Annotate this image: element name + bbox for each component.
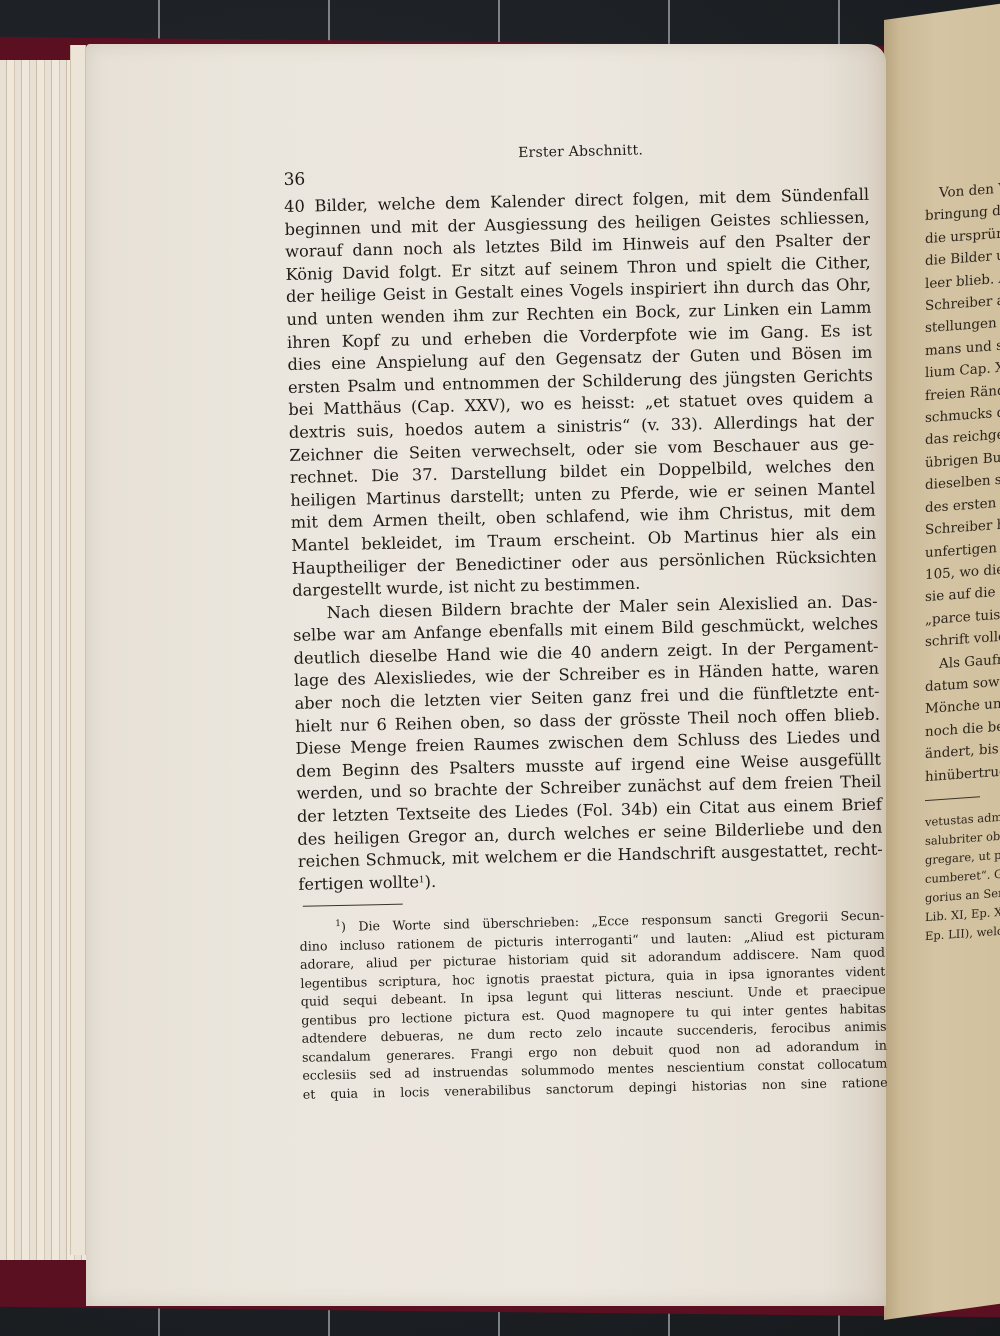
body-text: 40 Bilder, welche dem Kalender direct fo… bbox=[284, 184, 884, 897]
paragraph-2: Nach diesen Bildern brachte der Maler se… bbox=[292, 590, 883, 896]
facing-page-text: Von den V bringung des n die ursprünglic… bbox=[925, 177, 1000, 946]
text-fragment: fertigen wollte bbox=[298, 872, 419, 894]
paragraph-1: 40 Bilder, welche dem Kalender direct fo… bbox=[284, 184, 877, 603]
footnote: 1) Die Worte sind überschrieben: „Ecce r… bbox=[299, 907, 888, 1104]
text-fragment: ). bbox=[424, 872, 436, 891]
footnote-separator bbox=[303, 904, 403, 907]
facing-footnote-separator bbox=[925, 796, 980, 801]
page-content: Erster Abschnitt. 36 40 Bilder, welche d… bbox=[283, 138, 888, 1104]
page-stack-inner-leaf bbox=[70, 45, 86, 1255]
